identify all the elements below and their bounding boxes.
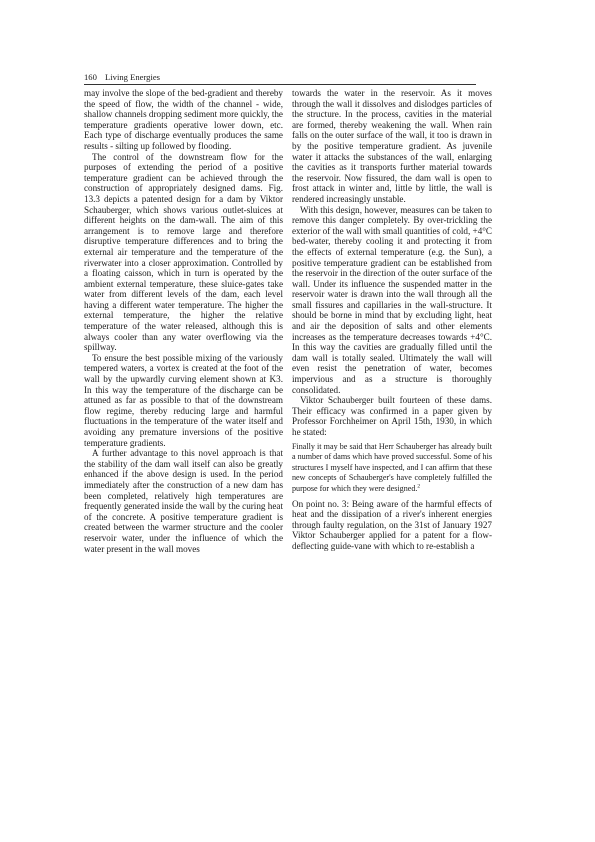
footnote-marker[interactable]: 2 [417,483,420,489]
paragraph: The control of the downstream flow for t… [84,152,283,353]
paragraph: towards the water in the reservoir. As i… [292,88,492,205]
left-column: may involve the slope of the bed-gradien… [84,88,283,554]
paragraph: To ensure the best possible mixing of th… [84,353,283,448]
running-title: Living Energies [105,72,160,82]
paragraph: On point no. 3: Being aware of the harmf… [292,499,492,552]
page-number: 160 [84,72,97,82]
paragraph: A further advantage to this novel approa… [84,448,283,554]
paragraph: Viktor Schauberger built fourteen of the… [292,395,492,437]
running-header: 160 Living Energies [84,72,476,85]
paragraph: may involve the slope of the bed-gradien… [84,88,283,152]
quote-text: Finally it may be said that Herr Schaube… [292,442,492,493]
right-column: towards the water in the reservoir. As i… [292,88,492,552]
paragraph: With this design, however, measures can … [292,205,492,396]
block-quote: Finally it may be said that Herr Schaube… [292,442,492,495]
